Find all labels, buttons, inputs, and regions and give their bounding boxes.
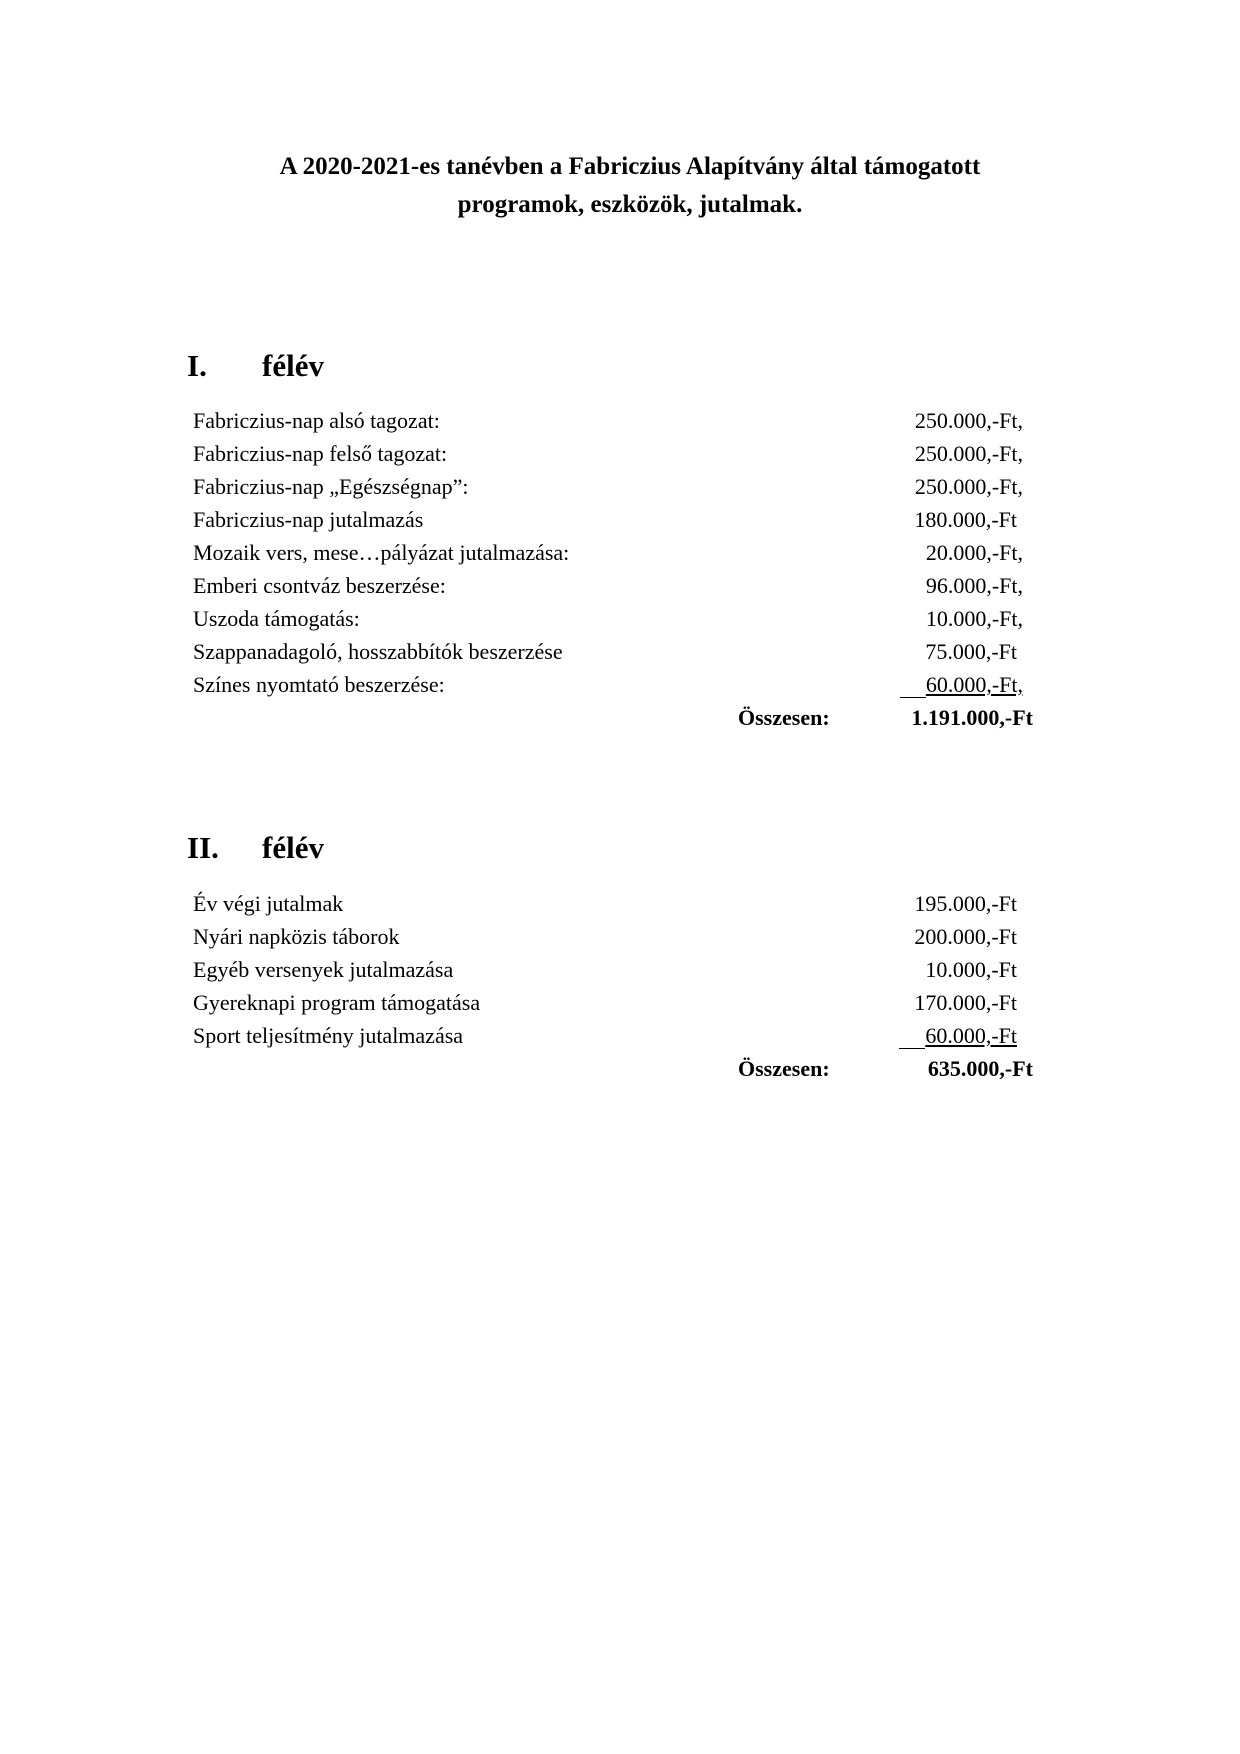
item-label: Mozaik vers, mese…pályázat jutalmazása: <box>193 536 569 569</box>
item-label: Fabriczius-nap felső tagozat: <box>193 437 447 470</box>
section-total: Összesen:1.191.000,-Ft <box>193 701 1033 734</box>
section-title: félév <box>262 348 324 383</box>
list-item: Mozaik vers, mese…pályázat jutalmazása:2… <box>193 536 1033 569</box>
item-label: Sport teljesítmény jutalmazása <box>193 1019 463 1052</box>
item-amount: 200.000,-Ft <box>914 920 1017 953</box>
item-amount: 10.000,-Ft <box>925 953 1017 986</box>
section-title: félév <box>262 830 324 865</box>
item-label: Színes nyomtató beszerzése: <box>193 668 445 701</box>
list-item: Szappanadagoló, hosszabbítók beszerzése7… <box>193 635 1033 668</box>
item-amount: 60.000,-Ft, <box>926 668 1023 701</box>
list-item: Gyereknapi program támogatása170.000,-Ft <box>193 986 1033 1019</box>
item-label: Év végi jutalmak <box>193 887 343 920</box>
item-label: Emberi csontváz beszerzése: <box>193 569 446 602</box>
total-amount: 1.191.000,-Ft <box>911 701 1033 734</box>
list-item: Sport teljesítmény jutalmazása60.000,-Ft <box>193 1019 1033 1052</box>
item-amount: 250.000,-Ft, <box>915 437 1023 470</box>
list-item: Egyéb versenyek jutalmazása10.000,-Ft <box>193 953 1033 986</box>
list-item: Uszoda támogatás:10.000,-Ft, <box>193 602 1033 635</box>
item-amount: 96.000,-Ft, <box>926 569 1023 602</box>
section-heading-1: I.félév <box>187 348 324 384</box>
list-item: Színes nyomtató beszerzése:60.000,-Ft, <box>193 668 1033 701</box>
item-amount: 195.000,-Ft <box>914 887 1017 920</box>
list-item: Fabriczius-nap „Egészségnap”:250.000,-Ft… <box>193 470 1033 503</box>
section-total: Összesen:635.000,-Ft <box>193 1052 1033 1085</box>
section-number: II. <box>187 830 262 866</box>
list-item: Fabriczius-nap jutalmazás180.000,-Ft <box>193 503 1033 536</box>
item-label: Szappanadagoló, hosszabbítók beszerzése <box>193 635 563 668</box>
list-item: Év végi jutalmak195.000,-Ft <box>193 887 1033 920</box>
list-item: Nyári napközis táborok200.000,-Ft <box>193 920 1033 953</box>
item-label: Nyári napközis táborok <box>193 920 400 953</box>
section-1-list: Fabriczius-nap alsó tagozat:250.000,-Ft,… <box>193 404 1033 734</box>
item-label: Fabriczius-nap alsó tagozat: <box>193 404 440 437</box>
item-label: Uszoda támogatás: <box>193 602 360 635</box>
item-amount: 20.000,-Ft, <box>926 536 1023 569</box>
list-item: Fabriczius-nap felső tagozat:250.000,-Ft… <box>193 437 1033 470</box>
item-amount: 250.000,-Ft, <box>915 470 1023 503</box>
item-amount: 10.000,-Ft, <box>926 602 1023 635</box>
item-amount: 180.000,-Ft <box>914 503 1017 536</box>
section-2-list: Év végi jutalmak195.000,-Ft Nyári napköz… <box>193 887 1033 1085</box>
document-title: A 2020-2021-es tanévben a Fabriczius Ala… <box>0 148 1240 224</box>
total-amount: 635.000,-Ft <box>928 1052 1033 1085</box>
item-label: Gyereknapi program támogatása <box>193 986 480 1019</box>
item-label: Egyéb versenyek jutalmazása <box>193 953 453 986</box>
item-label: Fabriczius-nap jutalmazás <box>193 503 423 536</box>
item-amount: 75.000,-Ft <box>925 635 1017 668</box>
section-number: I. <box>187 348 262 384</box>
title-line-2: programok, eszközök, jutalmak. <box>0 186 1240 224</box>
list-item: Emberi csontváz beszerzése:96.000,-Ft, <box>193 569 1033 602</box>
title-line-1: A 2020-2021-es tanévben a Fabriczius Ala… <box>0 148 1240 186</box>
total-label: Összesen: <box>738 1052 830 1085</box>
section-heading-2: II.félév <box>187 830 324 866</box>
list-item: Fabriczius-nap alsó tagozat:250.000,-Ft, <box>193 404 1033 437</box>
item-amount: 250.000,-Ft, <box>915 404 1023 437</box>
item-label: Fabriczius-nap „Egészségnap”: <box>193 470 469 503</box>
item-amount: 60.000,-Ft <box>925 1019 1017 1052</box>
total-label: Összesen: <box>738 701 830 734</box>
item-amount: 170.000,-Ft <box>914 986 1017 1019</box>
